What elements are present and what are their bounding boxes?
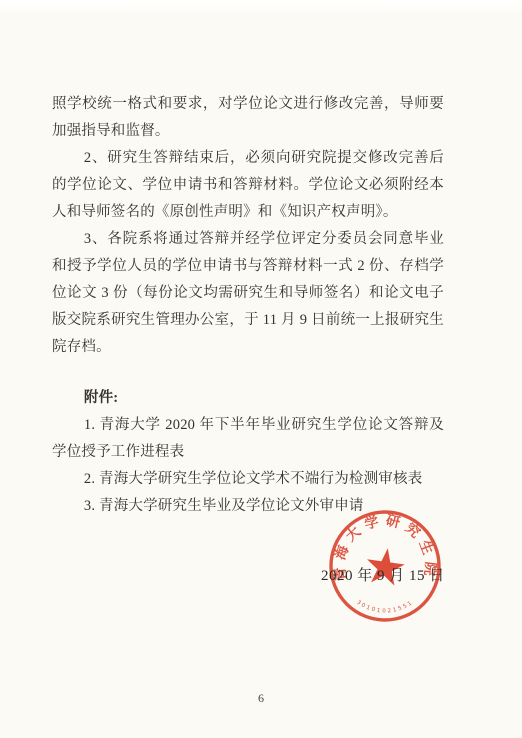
page-number: 6 bbox=[0, 691, 522, 706]
document-date: 2020 年 9 月 15 日 bbox=[321, 564, 445, 585]
paragraph-continuation: 照学校统一格式和要求，对学位论文进行修改完善，导师要加强指导和监督。 bbox=[52, 91, 444, 145]
attachment-item-1: 1. 青海大学 2020 年下半年毕业研究生学位论文答辩及学位授予工作进程表 bbox=[52, 412, 444, 466]
paragraph-item-2: 2、研究生答辩结束后，必须向研究院提交修改完善后的学位论文、学位申请书和答辩材料… bbox=[52, 145, 444, 226]
attachment-item-2: 2. 青海大学研究生学位论文学术不端行为检测审核表 bbox=[52, 466, 444, 493]
attachments-heading: 附件: bbox=[52, 385, 444, 412]
paragraph-item-3: 3、各院系将通过答辩并经学位评定分委员会同意毕业和授予学位人员的学位申请书与答辩… bbox=[52, 226, 444, 361]
document-body: 照学校统一格式和要求，对学位论文进行修改完善，导师要加强指导和监督。 2、研究生… bbox=[52, 91, 444, 520]
document-page: 照学校统一格式和要求，对学位论文进行修改完善，导师要加强指导和监督。 2、研究生… bbox=[0, 0, 522, 738]
scan-edge-artifact bbox=[0, 0, 522, 14]
